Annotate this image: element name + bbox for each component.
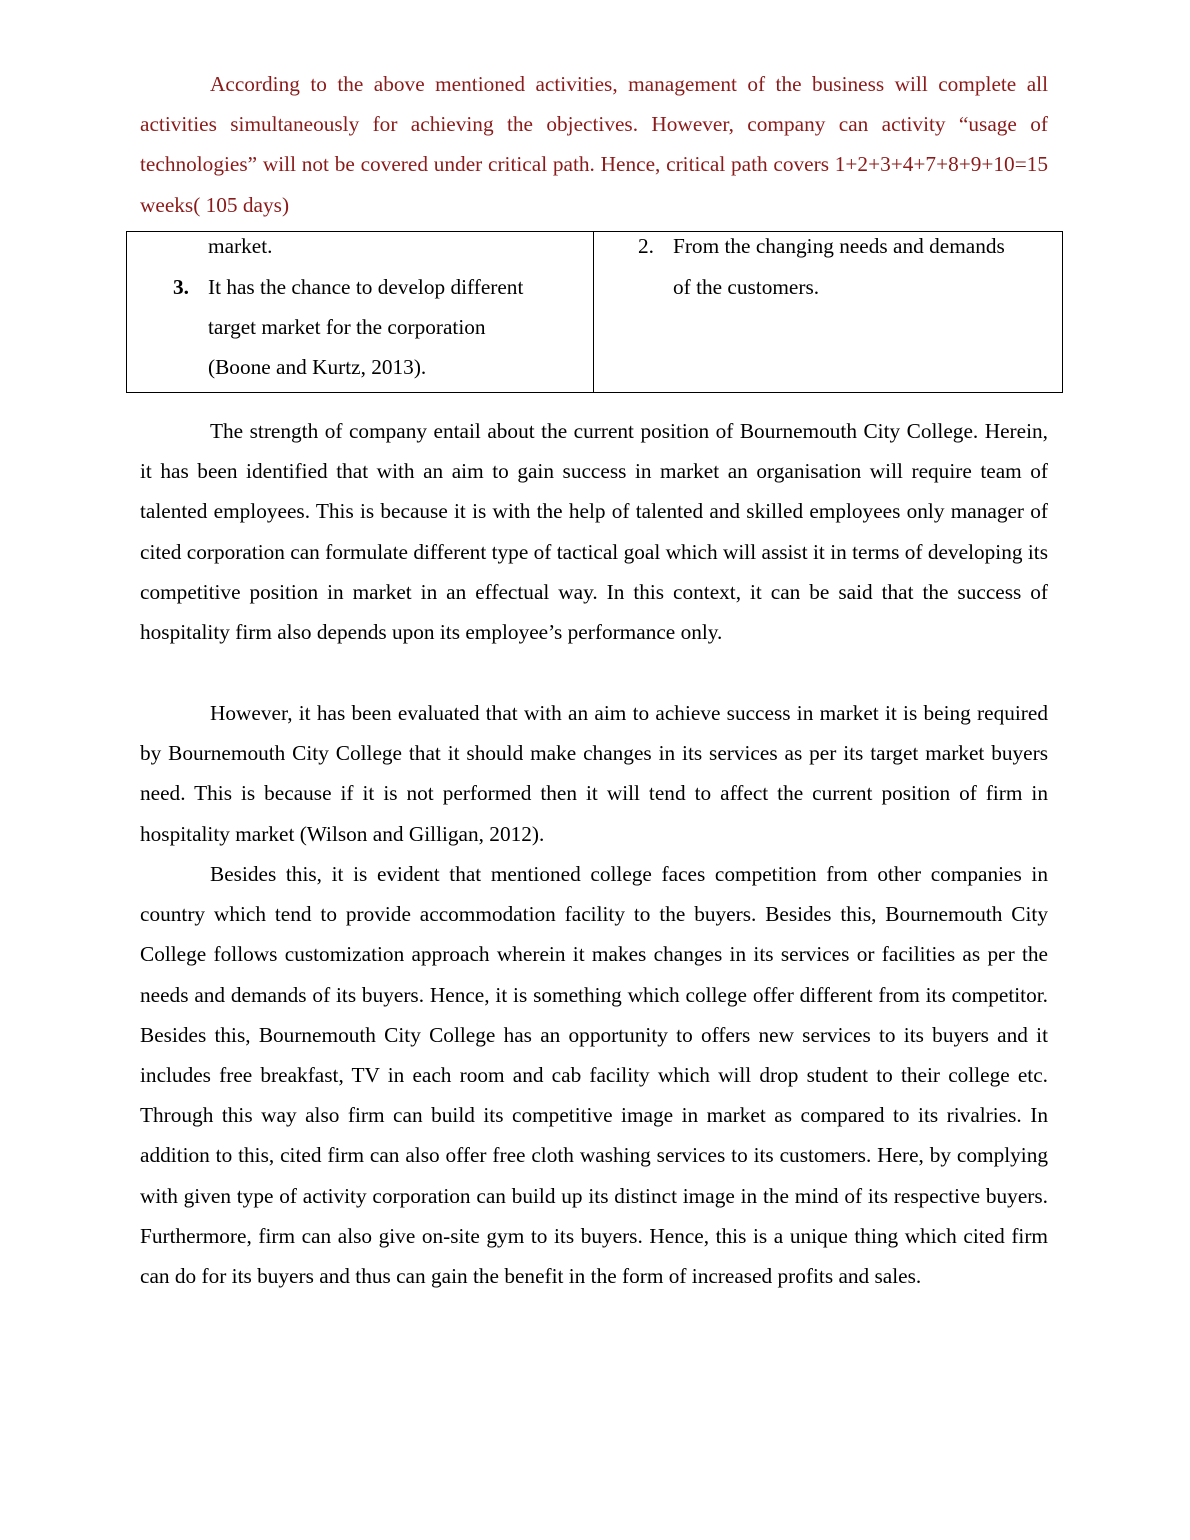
left-cell-continued-text: market. [208,226,272,266]
left-cell-item-number: 3. [173,267,189,307]
critical-path-paragraph: According to the above mentioned activit… [140,64,1048,225]
body-paragraph-strength: The strength of company entail about the… [140,411,1048,652]
body-paragraph-competition: Besides this, it is evident that mention… [140,854,1048,1296]
body-paragraph-changes: However, it has been evaluated that with… [140,693,1048,854]
document-page: According to the above mentioned activit… [0,0,1190,1540]
right-cell-item-line-1: From the changing needs and demands [673,226,1005,266]
right-cell-item-number: 2. [638,226,654,266]
left-cell-item-line-2: target market for the corporation [208,307,486,347]
left-cell-item-line-1: It has the chance to develop different [208,267,523,307]
left-cell-item-line-3: (Boone and Kurtz, 2013). [208,347,426,387]
table-column-divider [593,232,594,392]
right-cell-item-line-2: of the customers. [673,267,819,307]
swot-table-fragment: market. 3. It has the chance to develop … [126,231,1063,393]
